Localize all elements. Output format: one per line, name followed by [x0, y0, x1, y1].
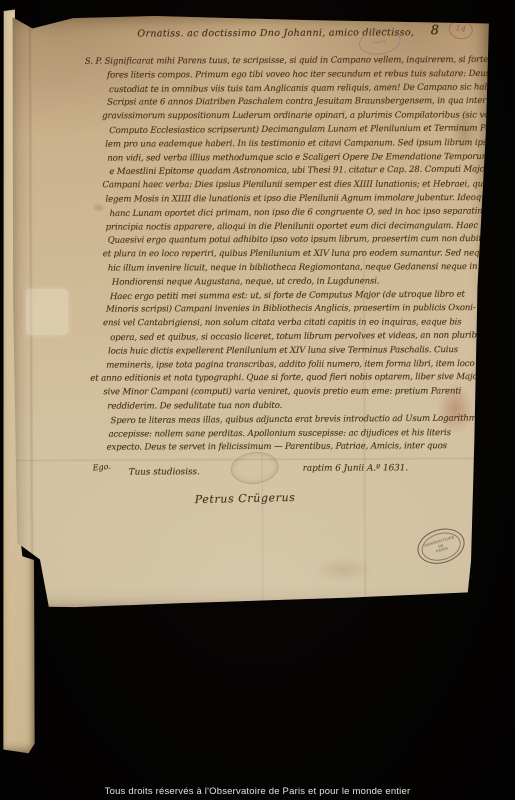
manuscript-page: Ornatiss. ac doctissimo Dno Johanni, ami… — [11, 11, 494, 611]
manuscript-line: et plura in eo loco reperiri, quibus Ple… — [89, 248, 471, 263]
circled-archive-number: 14 — [448, 19, 474, 41]
manuscript-line: hanc Lunam oportet dici primam, non ipso… — [96, 205, 478, 221]
manuscript-line: Hondiorensi neque Augustana, neque, ut c… — [98, 275, 480, 290]
manuscript-line: Campani haec verba: Dies ipsius Plenilun… — [88, 179, 470, 194]
manuscript-line: et anno editionis et nota typographi. Qu… — [76, 371, 458, 386]
manuscript-line: sive Minor Campani (computi) varia venir… — [89, 386, 471, 401]
signature: Petrus Crügerus — [195, 491, 296, 506]
archive-scan-view: { "manuscript": { "heading": "Ornatiss. … — [0, 0, 515, 800]
fold-crease — [28, 13, 35, 611]
letter-body: S. P. Significarat mihi Parens tuus, te … — [91, 54, 475, 456]
manuscript-line: accepisse: nollem sane perditas. Apollon… — [95, 427, 477, 442]
manuscript-line: Scripsi ante 6 annos Diatriben Paschalem… — [93, 95, 475, 110]
manuscript-line: Minoris scripsi) Campani invenies in Bib… — [92, 302, 474, 317]
manuscript-line: expecto. Deus te servet in felicissimum … — [93, 440, 475, 455]
folio-number: 8 — [431, 23, 439, 38]
dateline: raptim 6 Junii A.º 1631. — [303, 463, 409, 473]
manuscript-line: locis huic dictis expellerent Pleniluniu… — [94, 344, 476, 359]
manuscript-line: Haec ergo petiti mei summa est: ut, si f… — [96, 288, 478, 304]
manuscript-line: Computo Ecclesiastico scripserunt) Decim… — [95, 123, 477, 139]
valediction: Tuus studiosiss. — [129, 467, 200, 477]
manuscript-line: Quaesivi ergo quantum potui adhibito ips… — [94, 233, 476, 248]
margin-word: Ego. — [92, 462, 111, 473]
observatoire-de-paris-stamp-icon: OBSERVATOIRE DE PARIS — [413, 523, 469, 569]
copyright-caption: Tous droits réservés à l'Observatoire de… — [0, 786, 515, 797]
stamp-inner-ring: OBSERVATOIRE DE PARIS — [418, 528, 464, 565]
